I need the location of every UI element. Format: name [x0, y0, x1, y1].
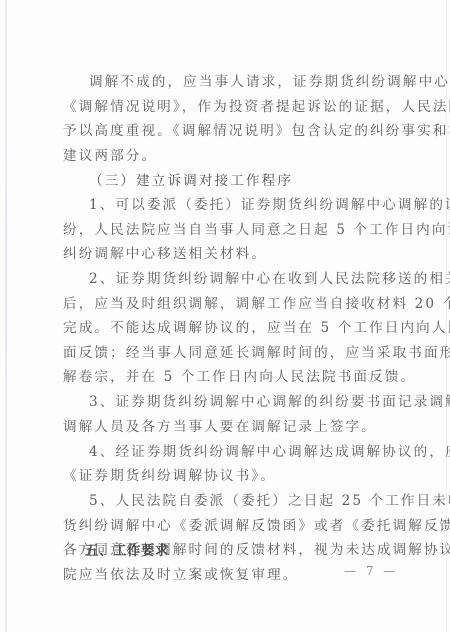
item-3-line: 调解人员及各方当事人要在调解记录上签字。: [63, 415, 377, 439]
item-1-line: 纠纷调解中心移送相关材料。: [63, 242, 267, 266]
section-heading-work-requirements: 五、工作要求: [85, 539, 169, 563]
page-number: — 7 —: [344, 561, 398, 581]
page-left-edge: [5, 0, 7, 632]
item-2-line: 完成。不能达成调解协议的，应当在 5 个工作日内向人民法院书: [63, 316, 450, 340]
item-3-line: 3、证券期货纠纷调解中心调解的纠纷要书面记录调解过程，: [89, 390, 450, 414]
item-1-line: 1、可以委派（委托）证券期货纠纷调解中心调解的证券期货纠: [89, 193, 450, 217]
item-1-line: 纷，人民法院应当自当事人同意之日起 5 个工作日内向证券期货: [63, 218, 450, 242]
paragraph-line: 调解不成的，应当事人请求，证券期货纠纷调解中心可以出具: [89, 70, 450, 94]
subheading-3: （三）建立诉调对接工作程序: [89, 169, 293, 193]
item-2-line: 后，应当及时组织调解，调解工作应当自接收材料 20 个工作日内: [63, 292, 450, 316]
item-2-line: 解卷宗，并在 5 个工作日内向人民法院书面反馈。: [63, 365, 416, 389]
paragraph-line: 《调解情况说明》，作为投资者提起诉讼的证据，人民法院审理时应: [63, 95, 450, 119]
paragraph-line: 予以高度重视。《调解情况说明》包含认定的纠纷事实和法律适用: [63, 119, 450, 143]
item-2-line: 面反馈；经当事人同意延长调解时间的，应当采取书面形式记入调: [63, 341, 450, 365]
item-5-line: 货纠纷调解中心《委派调解反馈函》或者《委托调解反馈函》，或者: [63, 514, 450, 538]
item-4-line: 4、经证券期货纠纷调解中心调解达成调解协议的，应当制作: [89, 440, 450, 464]
item-4-line: 《证券期货纠纷调解协议书》。: [63, 464, 276, 488]
item-2-line: 2、证券期货纠纷调解中心在收到人民法院移送的相关材料: [89, 267, 450, 291]
paragraph-line: 建议两部分。: [63, 144, 157, 168]
item-5-line: 院应当依法及时立案或恢复审理。: [63, 563, 298, 587]
item-5-line: 5、人民法院自委派（委托）之日起 25 个工作日未收到证券期: [89, 489, 450, 513]
